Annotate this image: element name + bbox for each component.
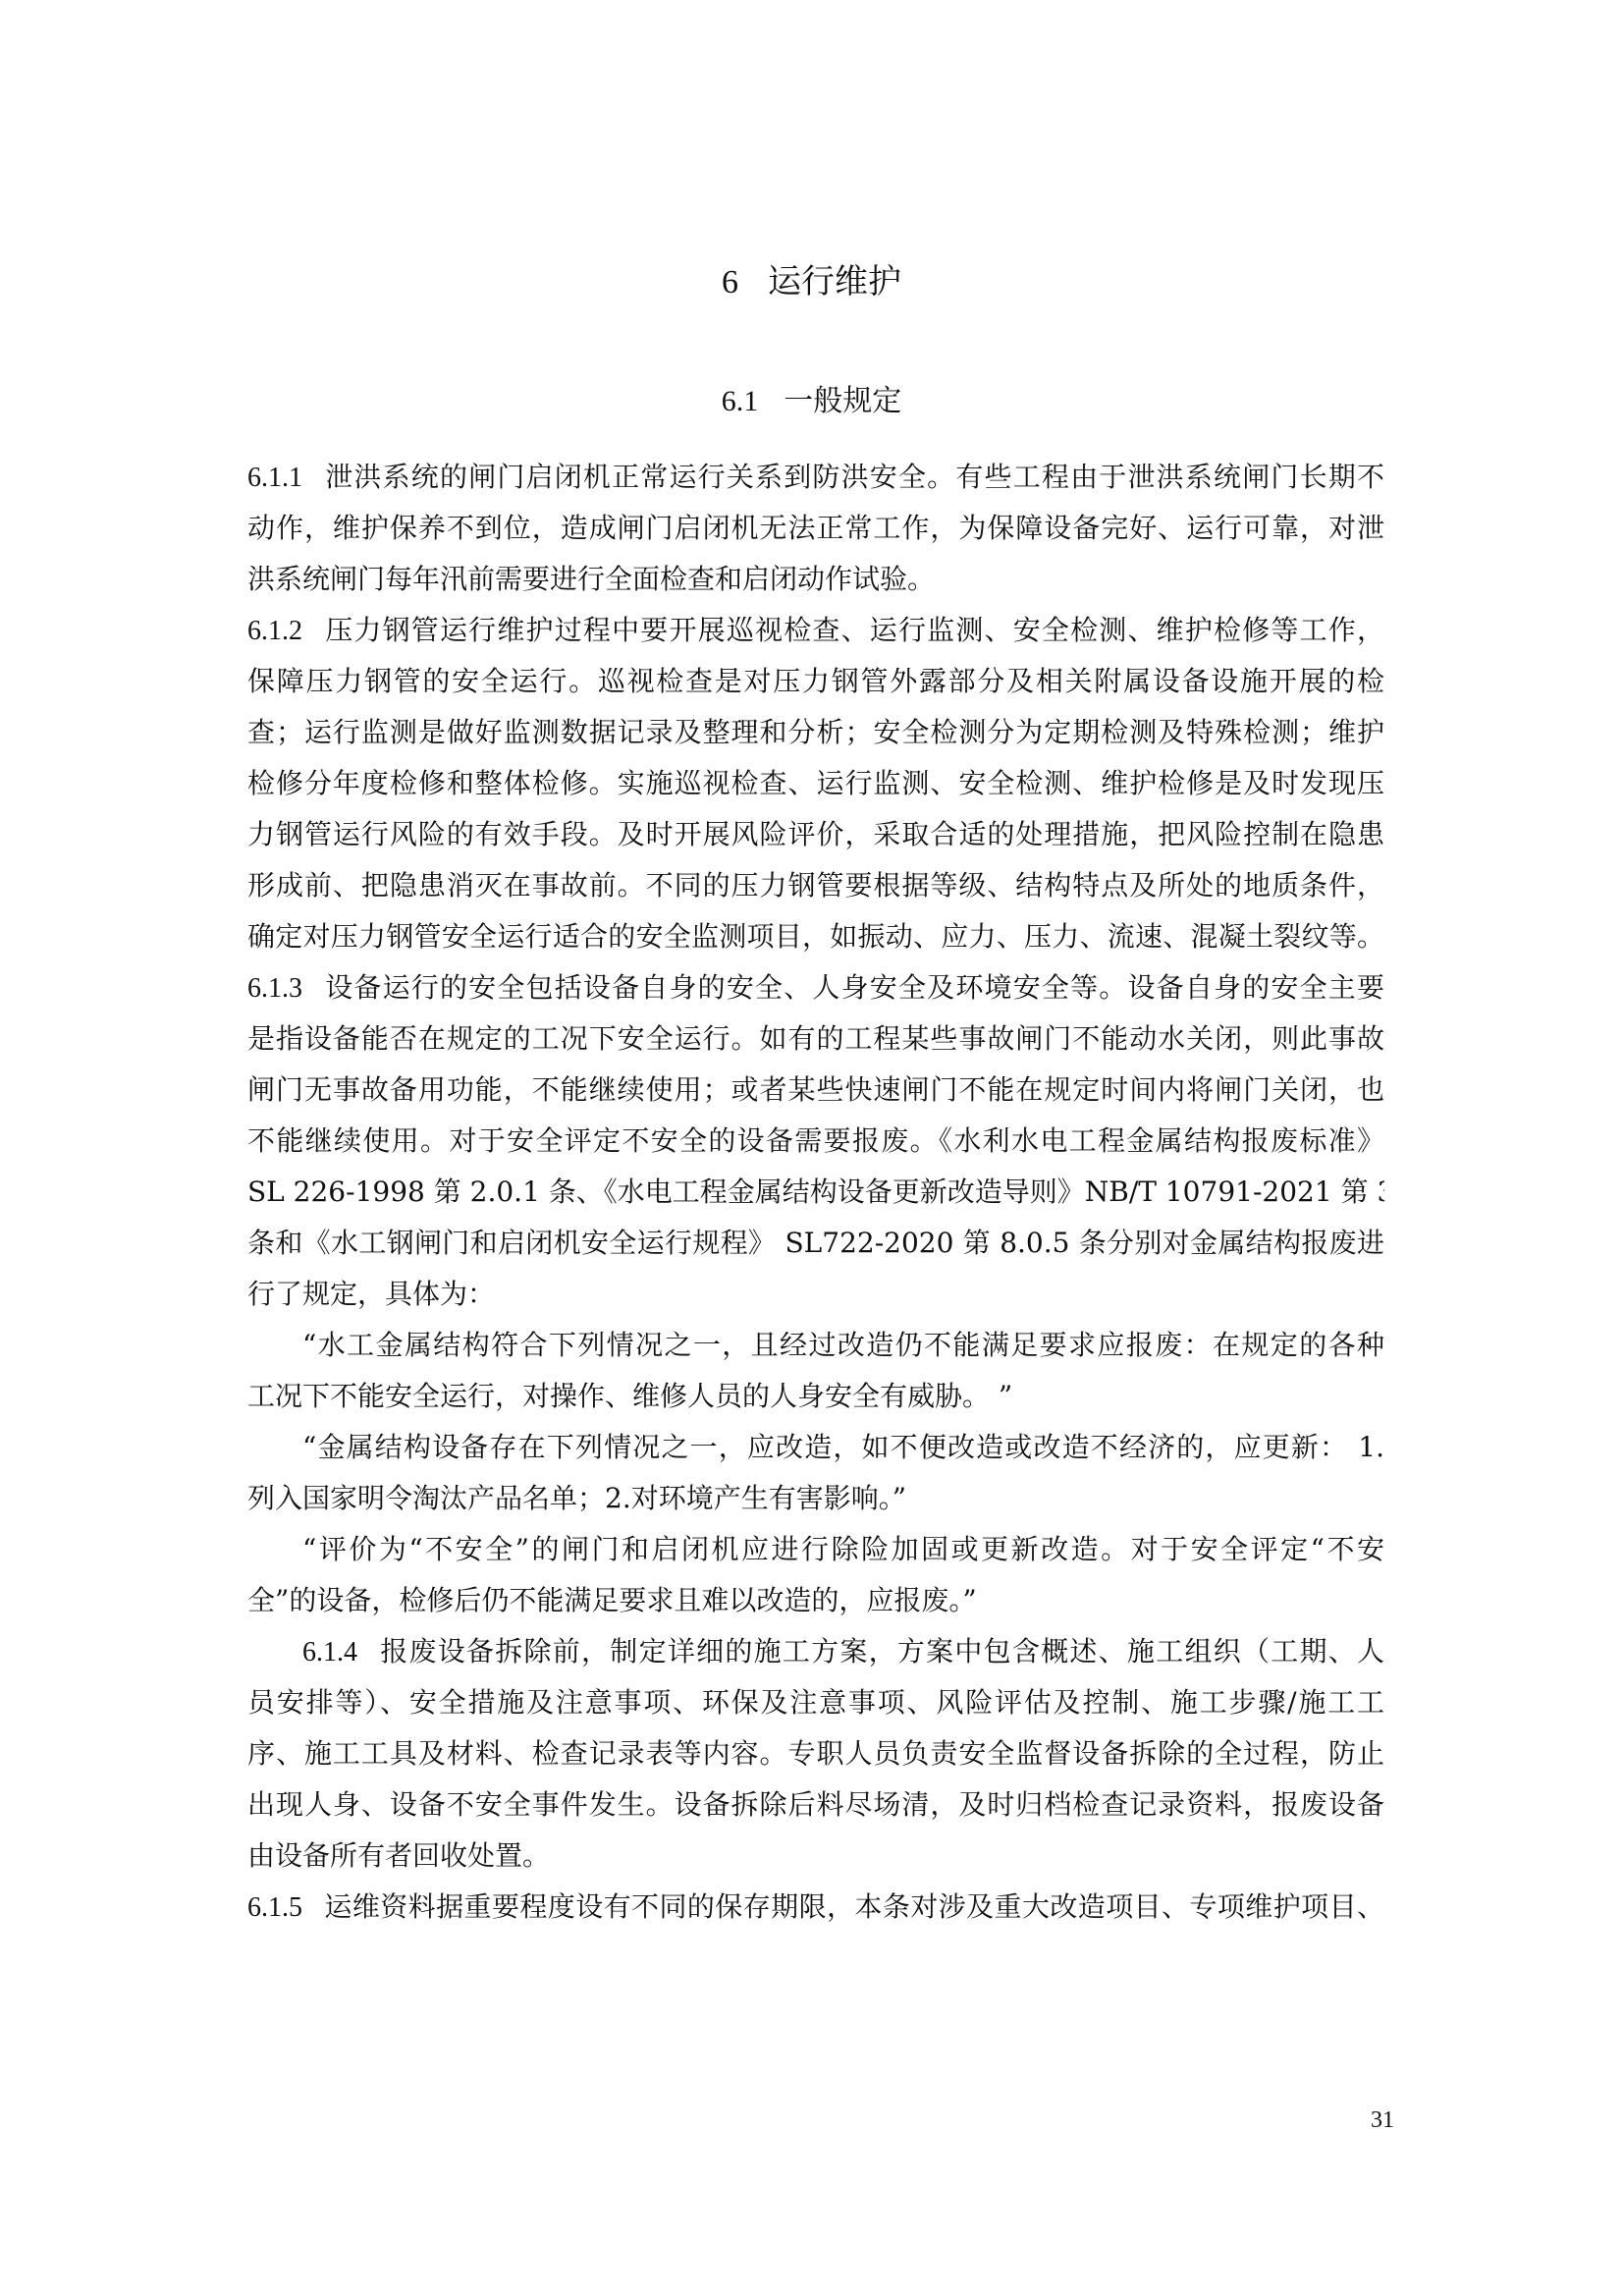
line-text: 泄洪系统的闸门启闭机正常运行关系到防洪安全。有些工程由于泄洪系统闸门长期不	[324, 461, 1384, 493]
chapter-number: 6	[722, 264, 738, 301]
clause-number: 6.1.4	[302, 1637, 357, 1667]
text-line: 查；运行监测是做好监测数据记录及整理和分析；安全检测分为定期检测及特殊检测；维护	[247, 707, 1384, 758]
section-title: 6.1一般规定	[0, 379, 1623, 424]
text-line: 闸门无事故备用功能，不能继续使用；或者某些快速闸门不能在规定时间内将闸门关闭，也	[247, 1065, 1384, 1116]
line-text: 压力钢管运行维护过程中要开展巡视检查、运行监测、安全检测、维护检修等工作，	[324, 614, 1384, 646]
line-text: “金属结构设备存在下列情况之一，应改造，如不便改造或改造不经济的，应更新： 1.	[302, 1431, 1384, 1463]
line-text: 闸门无事故备用功能，不能继续使用；或者某些快速闸门不能在规定时间内将闸门关闭，也	[247, 1073, 1384, 1106]
text-line: “水工金属结构符合下列情况之一，且经过改造仍不能满足要求应报废：在规定的各种	[247, 1320, 1384, 1371]
line-text: 报废设备拆除前，制定详细的施工方案，方案中包含概述、施工组织（工期、人	[379, 1635, 1384, 1667]
line-text: 形成前、把隐患消灭在事故前。不同的压力钢管要根据等级、结构特点及所处的地质条件，	[247, 869, 1384, 902]
line-text: 动作，维护保养不到位，造成闸门启闭机无法正常工作，为保障设备完好、运行可靠，对泄	[247, 512, 1384, 544]
page-number: 31	[1355, 2107, 1394, 2134]
text-line: 工况下不能安全运行，对操作、维修人员的人身安全有威胁。 ”	[247, 1371, 1384, 1422]
clause-number: 6.1.1	[247, 463, 302, 493]
text-line: 保障压力钢管的安全运行。巡视检查是对压力钢管外露部分及相关附属设备设施开展的检	[247, 656, 1384, 707]
text-line: 力钢管运行风险的有效手段。及时开展风险评价，采取合适的处理措施，把风险控制在隐患	[247, 809, 1384, 860]
text-line: 形成前、把隐患消灭在事故前。不同的压力钢管要根据等级、结构特点及所处的地质条件，	[247, 860, 1384, 911]
line-text: SL 226-1998 第 2.0.1 条、《水电工程金属结构设备更新改造导则》…	[247, 1175, 1384, 1208]
clause-line: 6.1.3设备运行的安全包括设备自身的安全、人身安全及环境安全等。设备自身的安全…	[247, 962, 1384, 1013]
line-text: 全”的设备，检修后仍不能满足要求且难以改造的，应报废。”	[247, 1584, 977, 1616]
line-text: 列入国家明令淘汰产品名单；2.对环境产生有害影响。”	[247, 1482, 906, 1514]
text-line: 全”的设备，检修后仍不能满足要求且难以改造的，应报废。”	[247, 1575, 1384, 1626]
text-line: 列入国家明令淘汰产品名单；2.对环境产生有害影响。”	[247, 1473, 1384, 1524]
line-text: 条和《水工钢闸门和启闭机安全运行规程》 SL722-2020 第 8.0.5 条…	[247, 1227, 1384, 1259]
text-line: 出现人身、设备不安全事件发生。设备拆除后料尽场清，及时归档检查记录资料，报废设备	[247, 1779, 1384, 1831]
clause-line: 6.1.2压力钢管运行维护过程中要开展巡视检查、运行监测、安全检测、维护检修等工…	[247, 605, 1384, 656]
text-line: “金属结构设备存在下列情况之一，应改造，如不便改造或改造不经济的，应更新： 1.	[247, 1422, 1384, 1473]
line-text: 由设备所有者回收处置。	[247, 1839, 550, 1872]
section-number: 6.1	[722, 385, 759, 417]
line-text: 力钢管运行风险的有效手段。及时开展风险评价，采取合适的处理措施，把风险控制在隐患	[247, 818, 1384, 850]
clause-number: 6.1.3	[247, 973, 302, 1004]
text-line: 确定对压力钢管安全运行适合的安全监测项目，如振动、应力、压力、流速、混凝土裂纹等…	[247, 911, 1384, 962]
line-text: 出现人身、设备不安全事件发生。设备拆除后料尽场清，及时归档检查记录资料，报废设备	[247, 1788, 1384, 1821]
line-text: 运维资料据重要程度设有不同的保存期限，本条对涉及重大改造项目、专项维护项目、	[324, 1890, 1384, 1923]
text-line: 由设备所有者回收处置。	[247, 1831, 1384, 1882]
clause-line: 6.1.5运维资料据重要程度设有不同的保存期限，本条对涉及重大改造项目、专项维护…	[247, 1882, 1384, 1933]
text-line: 序、施工工具及材料、检查记录表等内容。专职人员负责安全监督设备拆除的全过程，防止	[247, 1728, 1384, 1779]
line-text: 员安排等）、安全措施及注意事项、环保及注意事项、风险评估及控制、施工步骤/施工工	[247, 1686, 1384, 1719]
line-text: 不能继续使用。对于安全评定不安全的设备需要报废。《水利水电工程金属结构报废标准》	[247, 1124, 1384, 1157]
line-text: 保障压力钢管的安全运行。巡视检查是对压力钢管外露部分及相关附属设备设施开展的检	[247, 665, 1384, 697]
text-line: “评价为“不安全”的闸门和启闭机应进行除险加固或更新改造。对于安全评定“不安	[247, 1524, 1384, 1575]
text-line: 不能继续使用。对于安全评定不安全的设备需要报废。《水利水电工程金属结构报废标准》	[247, 1116, 1384, 1167]
document-page: 6运行维护 6.1一般规定 6.1.1泄洪系统的闸门启闭机正常运行关系到防洪安全…	[0, 0, 1623, 2296]
line-text: 检修分年度检修和整体检修。实施巡视检查、运行监测、安全检测、维护检修是及时发现压	[247, 767, 1384, 799]
line-text: 是指设备能否在规定的工况下安全运行。如有的工程某些事故闸门不能动水关闭，则此事故	[247, 1022, 1384, 1055]
line-text: 查；运行监测是做好监测数据记录及整理和分析；安全检测分为定期检测及特殊检测；维护	[247, 716, 1384, 748]
line-text: 序、施工工具及材料、检查记录表等内容。专职人员负责安全监督设备拆除的全过程，防止	[247, 1737, 1384, 1770]
line-text: “评价为“不安全”的闸门和启闭机应进行除险加固或更新改造。对于安全评定“不安	[302, 1533, 1384, 1565]
body-text: 6.1.1泄洪系统的闸门启闭机正常运行关系到防洪安全。有些工程由于泄洪系统闸门长…	[247, 452, 1384, 1933]
chapter-title: 6运行维护	[0, 257, 1623, 307]
clause-number: 6.1.2	[247, 616, 302, 646]
text-line: 条和《水工钢闸门和启闭机安全运行规程》 SL722-2020 第 8.0.5 条…	[247, 1218, 1384, 1269]
text-line: 员安排等）、安全措施及注意事项、环保及注意事项、风险评估及控制、施工步骤/施工工	[247, 1677, 1384, 1728]
text-line: SL 226-1998 第 2.0.1 条、《水电工程金属结构设备更新改造导则》…	[247, 1167, 1384, 1218]
clause-number: 6.1.5	[247, 1892, 302, 1923]
section-title-text: 一般规定	[784, 384, 901, 418]
chapter-title-text: 运行维护	[768, 262, 901, 301]
clause-line: 6.1.4报废设备拆除前，制定详细的施工方案，方案中包含概述、施工组织（工期、人	[247, 1626, 1384, 1677]
line-text: “水工金属结构符合下列情况之一，且经过改造仍不能满足要求应报废：在规定的各种	[302, 1329, 1384, 1361]
clause-line: 6.1.1泄洪系统的闸门启闭机正常运行关系到防洪安全。有些工程由于泄洪系统闸门长…	[247, 452, 1384, 503]
line-text: 工况下不能安全运行，对操作、维修人员的人身安全有威胁。 ”	[247, 1380, 1012, 1412]
line-text: 设备运行的安全包括设备自身的安全、人身安全及环境安全等。设备自身的安全主要	[324, 971, 1384, 1004]
text-line: 洪系统闸门每年汛前需要进行全面检查和启闭动作试验。	[247, 554, 1384, 605]
text-line: 是指设备能否在规定的工况下安全运行。如有的工程某些事故闸门不能动水关闭，则此事故	[247, 1013, 1384, 1065]
text-line: 行了规定，具体为：	[247, 1269, 1384, 1320]
line-text: 确定对压力钢管安全运行适合的安全监测项目，如振动、应力、压力、流速、混凝土裂纹等…	[247, 920, 1384, 953]
line-text: 行了规定，具体为：	[247, 1278, 495, 1310]
text-line: 检修分年度检修和整体检修。实施巡视检查、运行监测、安全检测、维护检修是及时发现压	[247, 758, 1384, 809]
line-text: 洪系统闸门每年汛前需要进行全面检查和启闭动作试验。	[247, 563, 935, 595]
text-line: 动作，维护保养不到位，造成闸门启闭机无法正常工作，为保障设备完好、运行可靠，对泄	[247, 503, 1384, 554]
